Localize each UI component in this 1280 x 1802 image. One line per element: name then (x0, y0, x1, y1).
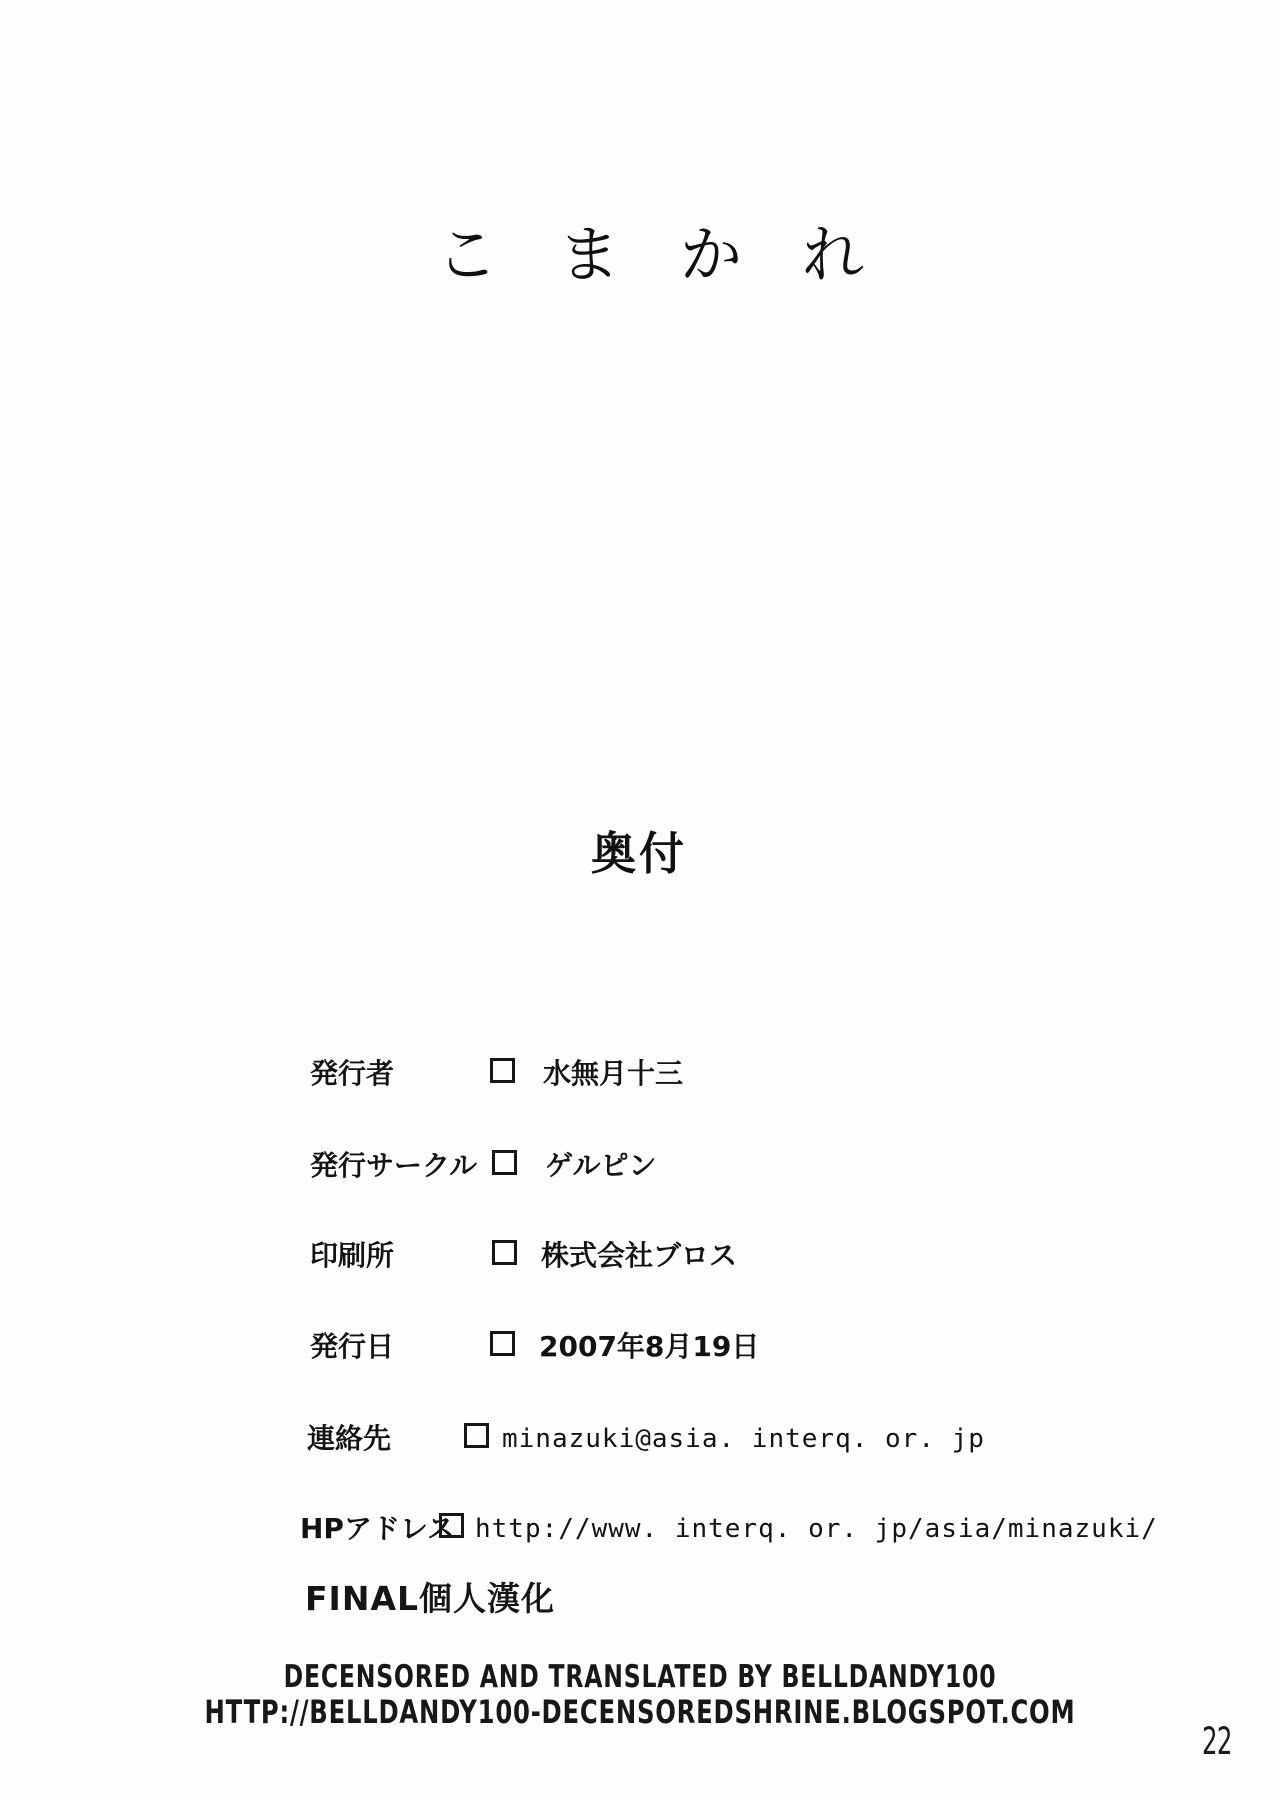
colophon-row-circle: 発行サークル ゲルピン (0, 1150, 1280, 1186)
row-label: 発行サークル (310, 1150, 477, 1182)
square-outline-icon (490, 1058, 515, 1083)
credit-line-2: HTTP://BELLDANDY100-DECENSOREDSHRINE.BLO… (154, 1696, 1127, 1728)
row-label: 発行日 (310, 1331, 394, 1363)
square-outline-icon (464, 1423, 489, 1448)
credit-line-1: DECENSORED AND TRANSLATED BY BELLDANDY10… (154, 1662, 1127, 1693)
square-outline-icon (439, 1513, 464, 1538)
colophon-row-homepage: HPアドレス http://www. interq. or. jp/asia/m… (0, 1513, 1280, 1549)
translator-credits: DECENSORED AND TRANSLATED BY BELLDANDY10… (0, 1662, 1280, 1728)
row-label: 連絡先 (307, 1423, 391, 1455)
square-outline-icon (492, 1240, 517, 1265)
homepage-url: http://www. interq. or. jp/asia/minazuki… (475, 1515, 1158, 1545)
colophon-row-publisher: 発行者 水無月十三 (0, 1058, 1280, 1094)
row-value: ゲルピン (545, 1150, 656, 1182)
row-value: 株式会社ブロス (541, 1240, 737, 1272)
colophon-row-printer: 印刷所 株式会社ブロス (0, 1240, 1280, 1276)
row-label: 印刷所 (310, 1240, 394, 1272)
square-outline-icon (490, 1331, 515, 1356)
row-label: HPアドレス (300, 1513, 455, 1545)
colophon-row-date: 発行日 2007年8月19日 (0, 1331, 1280, 1367)
row-value: 2007年8月19日 (539, 1331, 759, 1363)
doujin-title: こまかれ (436, 224, 924, 286)
row-value: 水無月十三 (543, 1058, 683, 1090)
page-number: 22 (1202, 1723, 1232, 1760)
colophon-heading: 奥付 (591, 831, 687, 876)
square-outline-icon (492, 1150, 517, 1175)
contact-email: minazuki@asia. interq. or. jp (502, 1425, 985, 1455)
colophon-row-contact: 連絡先 minazuki@asia. interq. or. jp (0, 1423, 1280, 1459)
colophon-page: こまかれ 奥付 発行者 水無月十三 発行サークル ゲルピン 印刷所 株式会社ブロ… (0, 0, 1280, 1802)
row-label: 発行者 (310, 1058, 394, 1090)
final-localization-note: FINAL個人漢化 (305, 1582, 555, 1615)
